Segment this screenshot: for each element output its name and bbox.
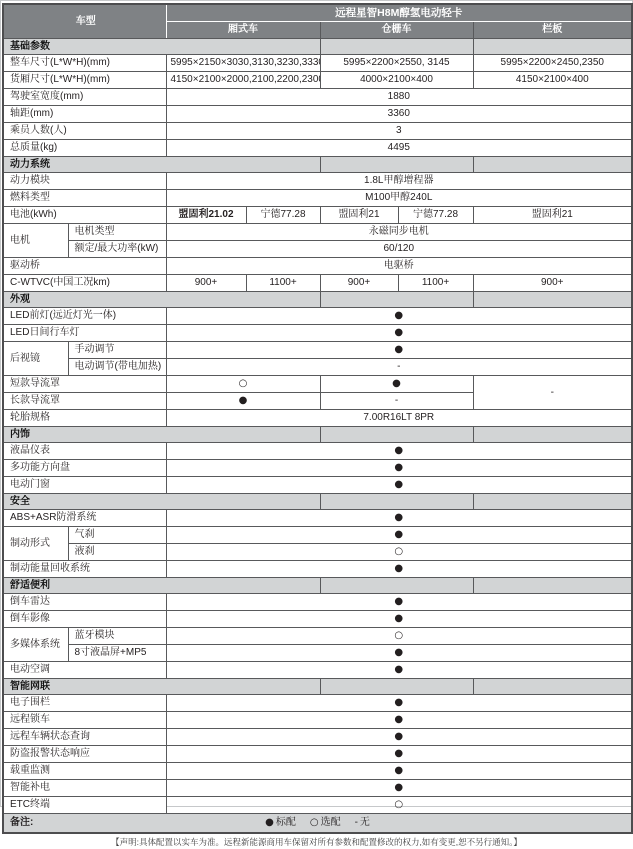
spec-row: 额定/最大功率(kW)60/120: [3, 241, 632, 258]
standard-dot-icon: ●: [265, 818, 274, 828]
spec-row: 倒车影像●: [3, 611, 632, 628]
spec-sheet-page: 车型 远程星智H8M醇氢电动轻卡 厢式车 仓栅车 栏板 基础参数整车尺寸(L*W…: [0, 0, 633, 807]
spec-value-cell: 7.00R16LT 8PR: [166, 410, 632, 427]
spec-row: 轴距(mm)3360: [3, 106, 632, 123]
spec-label-cell: 动力模块: [3, 173, 166, 190]
legend-cell: 备注: ● 标配 ○ 选配 -: [3, 814, 632, 834]
spec-label-cell: ETC终端: [3, 797, 166, 814]
spec-value-cell: 4000×2100×400: [320, 72, 473, 89]
standard-dot-icon: ●: [394, 697, 403, 708]
spec-row: 燃料类型M100甲醇240L: [3, 190, 632, 207]
spec-row: 货厢尺寸(L*W*H)(mm)4150×2100×2000,2100,2200,…: [3, 72, 632, 89]
spec-value-cell: 900+: [166, 275, 246, 292]
standard-dot-icon: ●: [394, 731, 403, 742]
spec-value-cell: 1.8L甲醇增程器: [166, 173, 632, 190]
legend-optional: ○ 选配: [310, 818, 341, 828]
spec-label-cell: 倒车影像: [3, 611, 166, 628]
spec-row: 电动空调●: [3, 662, 632, 679]
spec-label-cell: 制动能量回收系统: [3, 561, 166, 578]
spec-value-cell: ●: [166, 712, 632, 729]
spec-value-cell: ○: [166, 376, 320, 393]
section-label: 内饰: [3, 427, 320, 443]
spec-row: 液晶仪表●: [3, 443, 632, 460]
spec-value-cell: ●: [166, 780, 632, 797]
spec-value-cell: ○: [166, 628, 632, 645]
section-filler: [320, 494, 473, 510]
spec-row: C-WTVC(中国工况km)900+1100+900+1100+900+: [3, 275, 632, 292]
spec-label-cell: 电池(kWh): [3, 207, 166, 224]
spec-value-cell: 3: [166, 123, 632, 140]
legend-none: - 无: [355, 818, 370, 828]
section-label: 智能网联: [3, 679, 320, 695]
spec-sublabel-cell: 8寸液晶屏+MP5: [68, 645, 166, 662]
standard-dot-icon: ●: [394, 344, 403, 355]
spec-value-cell: ●: [166, 594, 632, 611]
spec-value-cell: 5995×2200×2550, 3145: [320, 55, 473, 72]
spec-row: 动力模块1.8L甲醇增程器: [3, 173, 632, 190]
spec-row: 防盗报警状态响应●: [3, 746, 632, 763]
spec-label-cell: 智能补电: [3, 780, 166, 797]
spec-value-cell: ●: [166, 561, 632, 578]
spec-row: 多媒体系统蓝牙模块○: [3, 628, 632, 645]
standard-dot-icon: ●: [394, 765, 403, 776]
legend-row: 备注: ● 标配 ○ 选配 -: [3, 814, 632, 834]
truck-series-title: 远程星智H8M醇氢电动轻卡: [166, 4, 632, 22]
variant-header-stake-truck: 仓栅车: [320, 22, 473, 39]
section-filler: [473, 157, 632, 173]
spec-value-cell: ●: [166, 729, 632, 746]
standard-dot-icon: ●: [394, 664, 403, 675]
spec-label-cell: 轴距(mm): [3, 106, 166, 123]
section-header-row: 动力系统: [3, 157, 632, 173]
spec-label-cell: 驱动桥: [3, 258, 166, 275]
spec-row: 短款导流罩○●-: [3, 376, 632, 393]
section-filler: [473, 494, 632, 510]
spec-row: 轮胎规格7.00R16LT 8PR: [3, 410, 632, 427]
variant-header-flatbed: 栏板: [473, 22, 632, 39]
spec-label-cell: 后视镜: [3, 342, 68, 376]
section-filler: [473, 292, 632, 308]
spec-value-cell: ●: [166, 645, 632, 662]
disclaimer-note: 【声明:具体配置以实车为准。远程新能源商用车保留对所有参数和配置修改的权力,如有…: [2, 834, 631, 849]
spec-value-cell: -: [473, 376, 632, 410]
spec-value-cell: ●: [166, 510, 632, 527]
section-header-row: 内饰: [3, 427, 632, 443]
model-column-header: 车型: [3, 4, 166, 39]
spec-row: 电动门窗●: [3, 477, 632, 494]
spec-row: 智能补电●: [3, 780, 632, 797]
standard-dot-icon: ●: [394, 647, 403, 658]
spec-label-cell: 载重监测: [3, 763, 166, 780]
section-filler: [473, 39, 632, 55]
spec-value-cell: ●: [166, 443, 632, 460]
section-header-row: 基础参数: [3, 39, 632, 55]
spec-row: 多功能方向盘●: [3, 460, 632, 477]
standard-dot-icon: ●: [394, 782, 403, 793]
section-filler: [473, 427, 632, 443]
spec-row: 电机电机类型永磁同步电机: [3, 224, 632, 241]
spec-label-cell: 乘员人数(人): [3, 123, 166, 140]
section-header-row: 舒适便利: [3, 578, 632, 594]
spec-value-cell: ●: [166, 662, 632, 679]
section-label: 基础参数: [3, 39, 320, 55]
spec-row: 电池(kWh)盟固利21.02宁德77.28盟固利21宁德77.28盟固利21: [3, 207, 632, 224]
legend-items: ● 标配 ○ 选配 - 无: [265, 818, 370, 828]
spec-value-cell: 盟固利21: [473, 207, 632, 224]
spec-value-cell: 4150×2100×2000,2100,2200,2300: [166, 72, 320, 89]
section-filler: [320, 39, 473, 55]
spec-sublabel-cell: 电动调节(带电加热): [68, 359, 166, 376]
spec-label-cell: 多功能方向盘: [3, 460, 166, 477]
spec-value-cell: 盟固利21: [320, 207, 398, 224]
spec-value-cell: 宁德77.28: [246, 207, 320, 224]
spec-row: 总质量(kg)4495: [3, 140, 632, 157]
section-label: 舒适便利: [3, 578, 320, 594]
spec-value-cell: 5995×2150×3030,3130,3230,3330: [166, 55, 320, 72]
spec-row: 电动调节(带电加热)-: [3, 359, 632, 376]
spec-label-cell: 电子围栏: [3, 695, 166, 712]
spec-value-cell: 1100+: [246, 275, 320, 292]
spec-label-cell: 远程车辆状态查询: [3, 729, 166, 746]
spec-label-cell: 多媒体系统: [3, 628, 68, 662]
spec-sublabel-cell: 气刹: [68, 527, 166, 544]
spec-sublabel-cell: 额定/最大功率(kW): [68, 241, 166, 258]
variant-header-box-truck: 厢式车: [166, 22, 320, 39]
spec-label-cell: 电动空调: [3, 662, 166, 679]
spec-row: 驾驶室宽度(mm)1880: [3, 89, 632, 106]
spec-value-cell: ●: [166, 763, 632, 780]
spec-label-cell: 电机: [3, 224, 68, 258]
legend-none-label: 无: [360, 818, 370, 828]
spec-row: 倒车雷达●: [3, 594, 632, 611]
spec-value-cell: ●: [166, 342, 632, 359]
spec-row: 电子围栏●: [3, 695, 632, 712]
spec-value-cell: 1100+: [398, 275, 473, 292]
spec-value-cell: 900+: [473, 275, 632, 292]
spec-row: ETC终端○: [3, 797, 632, 814]
spec-row: 远程车辆状态查询●: [3, 729, 632, 746]
spec-label-cell: C-WTVC(中国工况km): [3, 275, 166, 292]
spec-label-cell: 燃料类型: [3, 190, 166, 207]
spec-row: LED前灯(远近灯光一体)●: [3, 308, 632, 325]
spec-row: 液刹○: [3, 544, 632, 561]
spec-value-cell: ●: [166, 527, 632, 544]
spec-value-cell: 3360: [166, 106, 632, 123]
optional-dot-icon: ○: [394, 630, 403, 641]
optional-dot-icon: ○: [239, 378, 248, 389]
spec-value-cell: 永磁同步电机: [166, 224, 632, 241]
section-filler: [473, 578, 632, 594]
spec-label-cell: 远程锁车: [3, 712, 166, 729]
section-filler: [320, 157, 473, 173]
spec-label-cell: 总质量(kg): [3, 140, 166, 157]
spec-row: 载重监测●: [3, 763, 632, 780]
spec-label-cell: 液晶仪表: [3, 443, 166, 460]
section-label: 动力系统: [3, 157, 320, 173]
spec-value-cell: ○: [166, 797, 632, 814]
spec-value-cell: 电驱桥: [166, 258, 632, 275]
legend-label: 备注:: [10, 818, 33, 828]
spec-row: ABS+ASR防滑系统●: [3, 510, 632, 527]
dash-icon: -: [355, 818, 358, 828]
section-filler: [473, 679, 632, 695]
standard-dot-icon: ●: [394, 445, 403, 456]
standard-dot-icon: ●: [239, 395, 248, 406]
spec-row: 制动能量回收系统●: [3, 561, 632, 578]
spec-value-cell: M100甲醇240L: [166, 190, 632, 207]
spec-value-cell: 1880: [166, 89, 632, 106]
spec-row: 后视镜手动调节●: [3, 342, 632, 359]
spec-value-cell: ●: [166, 611, 632, 628]
spec-label-cell: 制动形式: [3, 527, 68, 561]
optional-dot-icon: ○: [310, 818, 319, 828]
spec-value-cell: ●: [166, 308, 632, 325]
spec-sublabel-cell: 蓝牙模块: [68, 628, 166, 645]
spec-row: 驱动桥电驱桥: [3, 258, 632, 275]
spec-row: 乘员人数(人)3: [3, 123, 632, 140]
spec-label-cell: 长款导流罩: [3, 393, 166, 410]
standard-dot-icon: ●: [394, 529, 403, 540]
legend-standard-label: 标配: [276, 818, 296, 828]
spec-sublabel-cell: 液刹: [68, 544, 166, 561]
spec-sublabel-cell: 手动调节: [68, 342, 166, 359]
spec-label-cell: 防盗报警状态响应: [3, 746, 166, 763]
spec-row: 制动形式气刹●: [3, 527, 632, 544]
spec-label-cell: 短款导流罩: [3, 376, 166, 393]
spec-value-cell: 900+: [320, 275, 398, 292]
standard-dot-icon: ●: [394, 462, 403, 473]
spec-label-cell: LED前灯(远近灯光一体): [3, 308, 166, 325]
standard-dot-icon: ●: [394, 596, 403, 607]
spec-row: LED日间行车灯●: [3, 325, 632, 342]
spec-label-cell: 倒车雷达: [3, 594, 166, 611]
standard-dot-icon: ●: [394, 563, 403, 574]
spec-value-cell: ●: [166, 746, 632, 763]
section-header-row: 智能网联: [3, 679, 632, 695]
spec-row: 远程锁车●: [3, 712, 632, 729]
spec-value-cell: ●: [166, 325, 632, 342]
spec-value-cell: 5995×2200×2450,2350: [473, 55, 632, 72]
spec-label-cell: 轮胎规格: [3, 410, 166, 427]
spec-row: 8寸液晶屏+MP5●: [3, 645, 632, 662]
spec-value-cell: ●: [166, 393, 320, 410]
spec-label-cell: LED日间行车灯: [3, 325, 166, 342]
spec-value-cell: -: [320, 393, 473, 410]
spec-value-cell: 宁德77.28: [398, 207, 473, 224]
spec-label-cell: 货厢尺寸(L*W*H)(mm): [3, 72, 166, 89]
section-filler: [320, 427, 473, 443]
standard-dot-icon: ●: [394, 327, 403, 338]
optional-dot-icon: ○: [394, 799, 403, 810]
standard-dot-icon: ●: [394, 714, 403, 725]
spec-label-cell: ABS+ASR防滑系统: [3, 510, 166, 527]
section-label: 外观: [3, 292, 320, 308]
standard-dot-icon: ●: [394, 748, 403, 759]
header-row-title: 车型 远程星智H8M醇氢电动轻卡: [3, 4, 632, 22]
spec-table: 车型 远程星智H8M醇氢电动轻卡 厢式车 仓栅车 栏板 基础参数整车尺寸(L*W…: [2, 3, 633, 834]
section-filler: [320, 679, 473, 695]
spec-label-cell: 驾驶室宽度(mm): [3, 89, 166, 106]
standard-dot-icon: ●: [394, 310, 403, 321]
spec-value-cell: ○: [166, 544, 632, 561]
legend-optional-label: 选配: [321, 818, 341, 828]
spec-value-cell: 盟固利21.02: [166, 207, 246, 224]
standard-dot-icon: ●: [394, 613, 403, 624]
spec-table-body: 基础参数整车尺寸(L*W*H)(mm)5995×2150×3030,3130,3…: [3, 39, 632, 814]
section-filler: [320, 292, 473, 308]
spec-value-cell: 4150×2100×400: [473, 72, 632, 89]
legend-standard: ● 标配: [265, 818, 296, 828]
section-header-row: 安全: [3, 494, 632, 510]
spec-value-cell: 4495: [166, 140, 632, 157]
optional-dot-icon: ○: [394, 546, 403, 557]
spec-label-cell: 整车尺寸(L*W*H)(mm): [3, 55, 166, 72]
section-filler: [320, 578, 473, 594]
spec-value-cell: 60/120: [166, 241, 632, 258]
spec-value-cell: -: [166, 359, 632, 376]
spec-sublabel-cell: 电机类型: [68, 224, 166, 241]
standard-dot-icon: ●: [394, 512, 403, 523]
spec-value-cell: ●: [166, 477, 632, 494]
spec-value-cell: ●: [166, 460, 632, 477]
standard-dot-icon: ●: [392, 378, 401, 389]
section-label: 安全: [3, 494, 320, 510]
section-header-row: 外观: [3, 292, 632, 308]
spec-label-cell: 电动门窗: [3, 477, 166, 494]
spec-value-cell: ●: [166, 695, 632, 712]
spec-value-cell: ●: [320, 376, 473, 393]
spec-row: 整车尺寸(L*W*H)(mm)5995×2150×3030,3130,3230,…: [3, 55, 632, 72]
standard-dot-icon: ●: [394, 479, 403, 490]
